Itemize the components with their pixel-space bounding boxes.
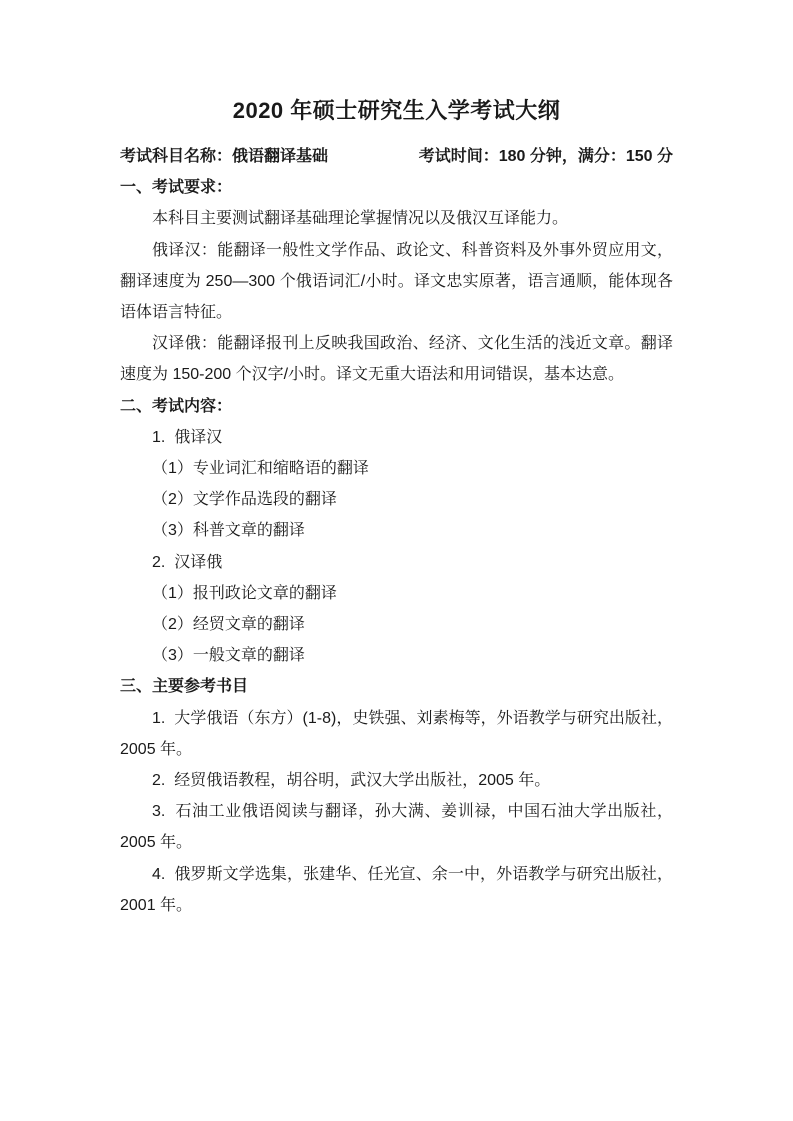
section-heading-exam-requirements: 一、考试要求： xyxy=(120,172,673,203)
content-item-russian-to-chinese: 1. 俄译汉 xyxy=(120,422,673,453)
content-subitem-political-articles: （1）报刊政论文章的翻译 xyxy=(120,578,673,609)
requirements-paragraph-overview: 本科目主要测试翻译基础理论掌握情况以及俄汉互译能力。 xyxy=(120,203,673,234)
document-body: 考试科目名称：俄语翻译基础 考试时间：180 分钟，满分：150 分 一、考试要… xyxy=(120,141,673,921)
section-heading-reference-books: 三、主要参考书目 xyxy=(120,671,673,702)
reference-book-4: 4. 俄罗斯文学选集，张建华、任光宣、余一中，外语教学与研究出版社，2001 年… xyxy=(120,859,673,921)
content-subitem-literary-excerpts: （2）文学作品选段的翻译 xyxy=(120,484,673,515)
content-subitem-general-articles: （3）一般文章的翻译 xyxy=(120,640,673,671)
reference-book-2: 2. 经贸俄语教程，胡谷明，武汉大学出版社，2005 年。 xyxy=(120,765,673,796)
requirements-paragraph-chinese-to-russian: 汉译俄：能翻译报刊上反映我国政治、经济、文化生活的浅近文章。翻译速度为 150-… xyxy=(120,328,673,390)
reference-book-1: 1. 大学俄语（东方）(1-8)，史铁强、刘素梅等，外语教学与研究出版社，200… xyxy=(120,703,673,765)
document-title: 2020 年硕士研究生入学考试大纲 xyxy=(120,96,673,126)
exam-meta-line: 考试科目名称：俄语翻译基础 考试时间：180 分钟，满分：150 分 xyxy=(120,141,673,172)
exam-subject-name: 考试科目名称：俄语翻译基础 xyxy=(120,141,328,172)
syllabus-document-page: 2020 年硕士研究生入学考试大纲 考试科目名称：俄语翻译基础 考试时间：180… xyxy=(0,0,793,1121)
reference-book-3: 3. 石油工业俄语阅读与翻译，孙大满、姜训禄，中国石油大学出版社，2005 年。 xyxy=(120,796,673,858)
section-heading-exam-content: 二、考试内容： xyxy=(120,391,673,422)
content-item-chinese-to-russian: 2. 汉译俄 xyxy=(120,547,673,578)
exam-time-and-score: 考试时间：180 分钟，满分：150 分 xyxy=(419,141,673,172)
requirements-paragraph-russian-to-chinese: 俄译汉：能翻译一般性文学作品、政论文、科普资料及外事外贸应用文，翻译速度为 25… xyxy=(120,235,673,329)
content-subitem-terms-abbreviations: （1）专业词汇和缩略语的翻译 xyxy=(120,453,673,484)
content-subitem-trade-articles: （2）经贸文章的翻译 xyxy=(120,609,673,640)
content-subitem-popular-science: （3）科普文章的翻译 xyxy=(120,515,673,546)
